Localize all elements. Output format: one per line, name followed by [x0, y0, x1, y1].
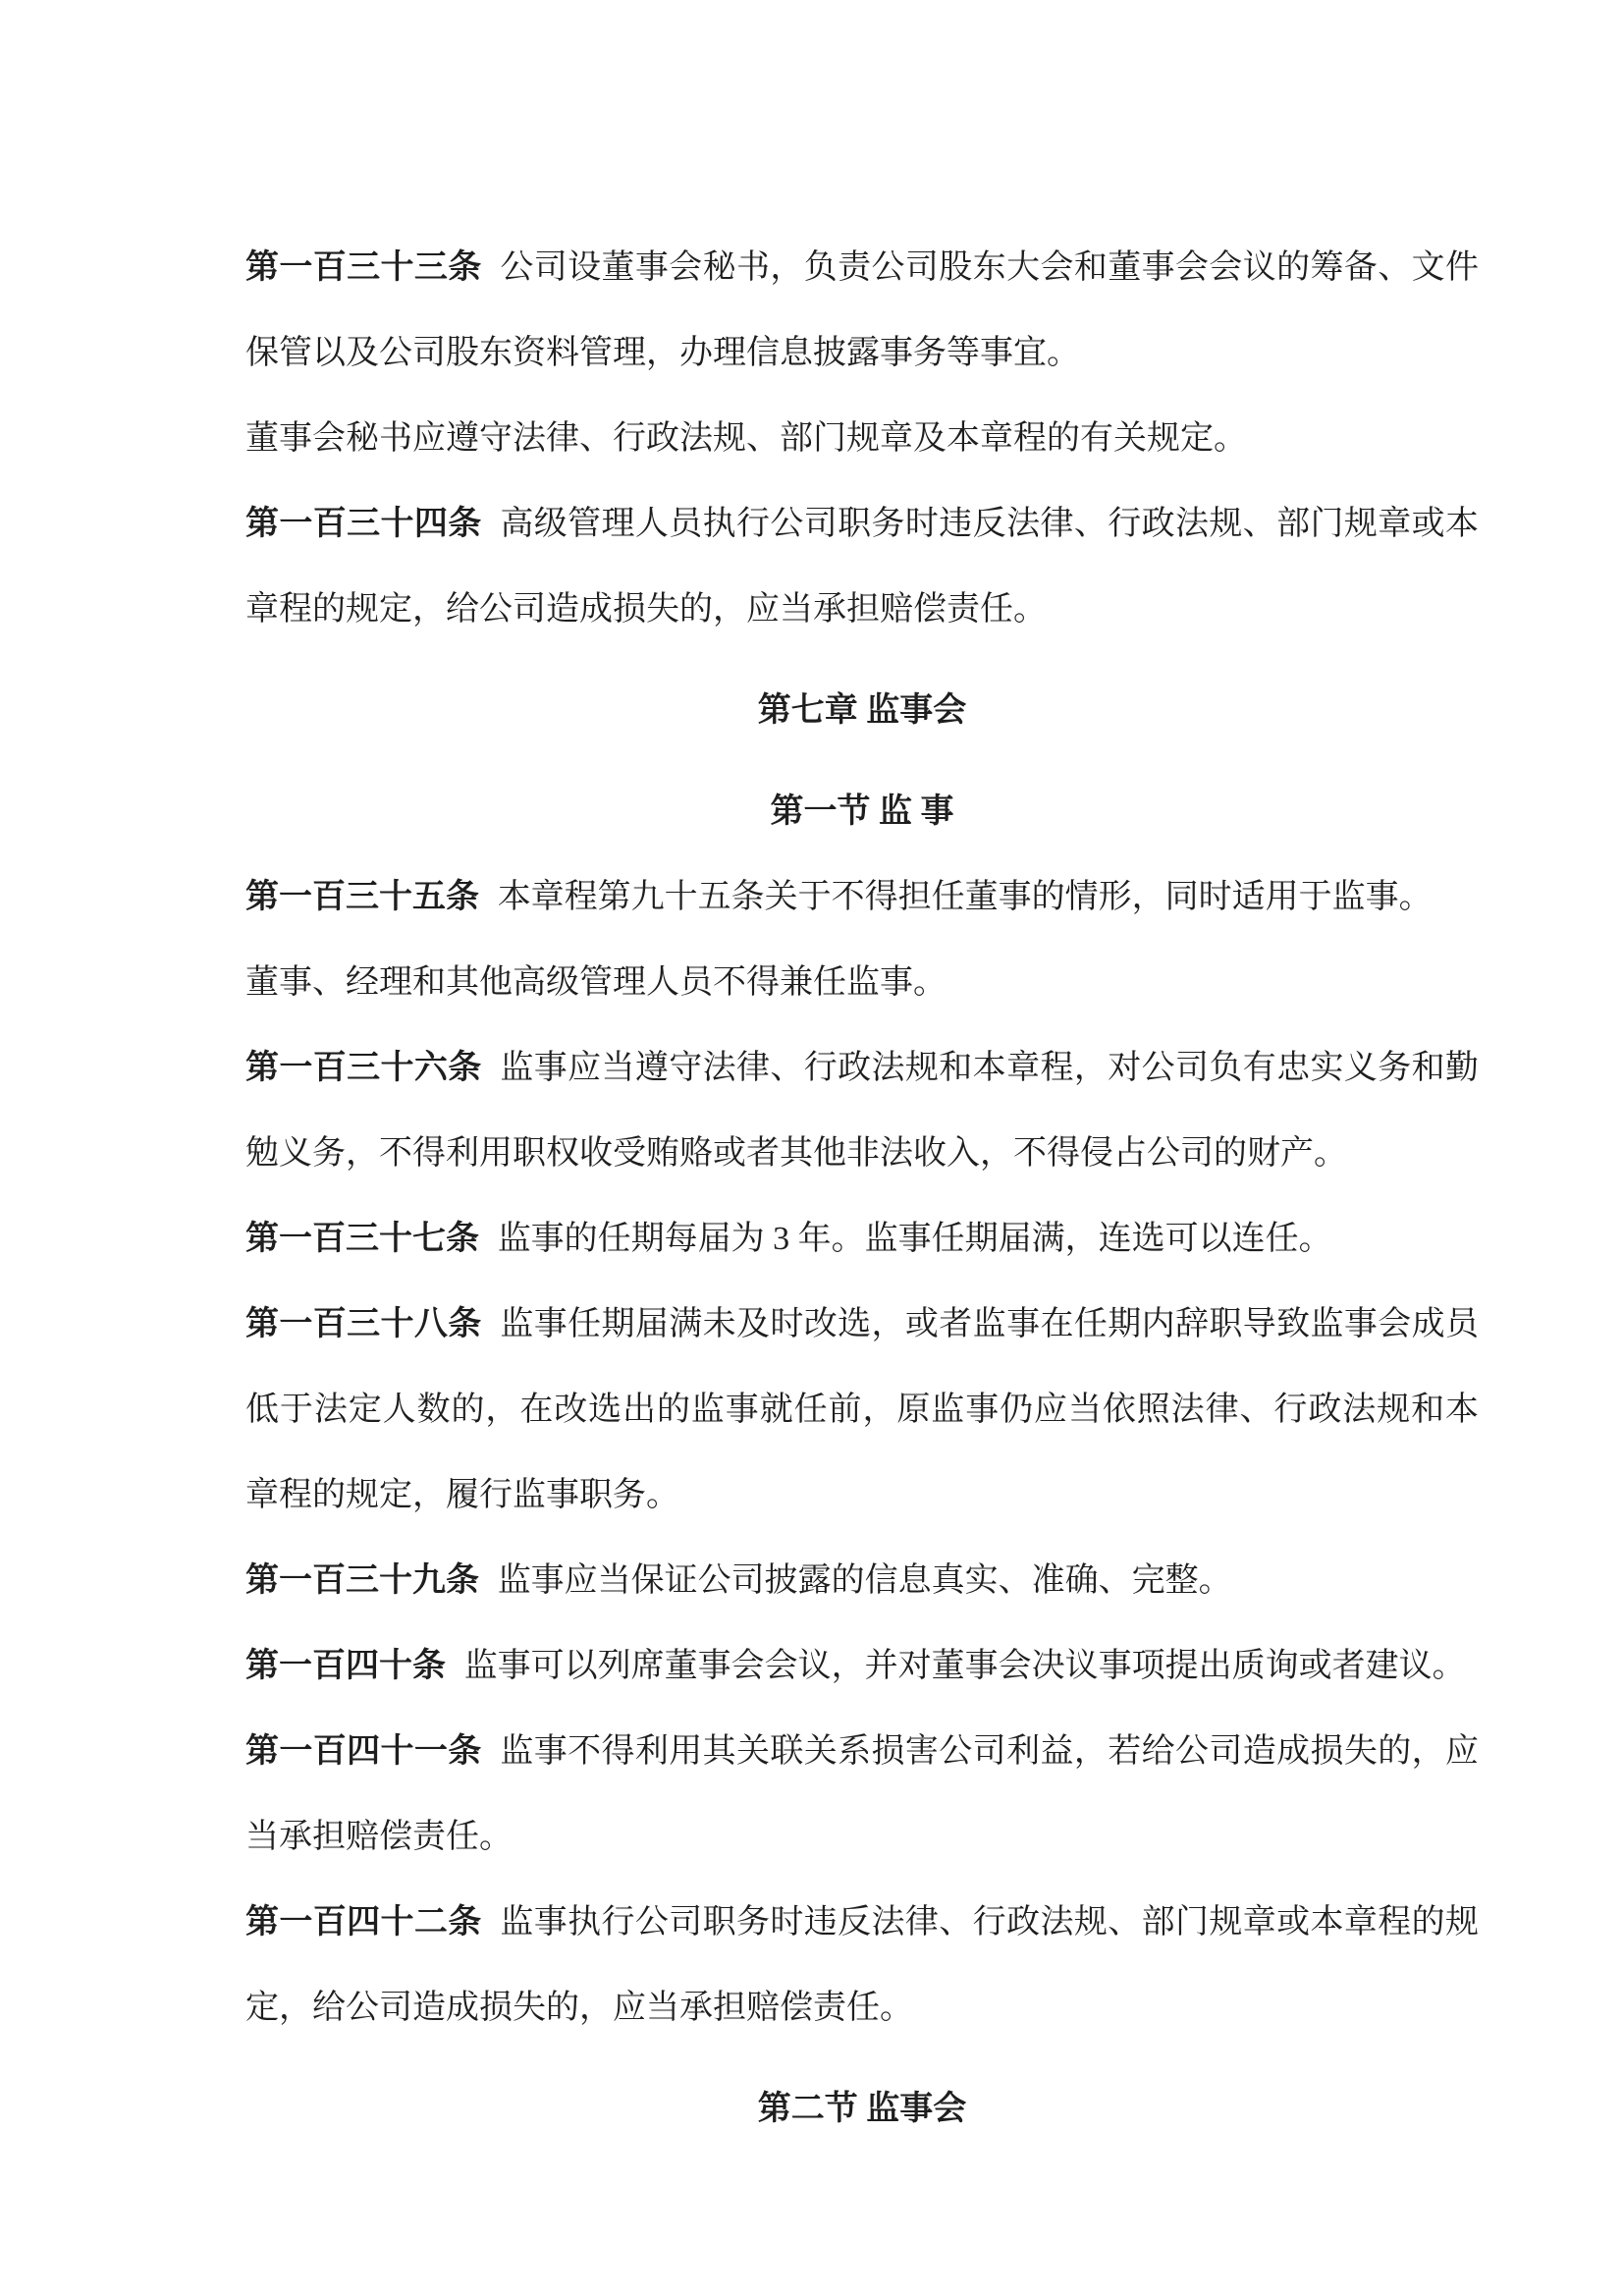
article-139-text: 监事应当保证公司披露的信息真实、准确、完整。 — [498, 1562, 1232, 1599]
article-137-number: 第一百三十七条 — [245, 1221, 479, 1257]
article-134-number: 第一百三十四条 — [245, 506, 482, 542]
article-140: 第一百四十条监事可以列席董事会会议，并对董事会决议事项提出质询或者建议。 — [245, 1623, 1479, 1709]
article-136-number: 第一百三十六条 — [245, 1050, 482, 1086]
article-133-continuation-text: 董事会秘书应遵守法律、行政法规、部门规章及本章程的有关规定。 — [245, 420, 1247, 457]
document-page: 第一百三十三条公司设董事会秘书，负责公司股东大会和董事会会议的筹备、文件保管以及… — [0, 0, 1623, 2296]
article-135: 第一百三十五条本章程第九十五条关于不得担任董事的情形，同时适用于监事。 — [245, 854, 1479, 940]
section-2-heading: 第二节 监事会 — [245, 2066, 1479, 2152]
article-141-number: 第一百四十一条 — [245, 1733, 482, 1770]
article-135-continuation-text: 董事、经理和其他高级管理人员不得兼任监事。 — [245, 964, 947, 1001]
article-140-text: 监事可以列席董事会会议，并对董事会决议事项提出质询或者建议。 — [464, 1648, 1466, 1684]
article-136: 第一百三十六条监事应当遵守法律、行政法规和本章程，对公司负有忠实义务和勤勉义务，… — [245, 1025, 1479, 1196]
article-142-number: 第一百四十二条 — [245, 1904, 482, 1941]
article-134: 第一百三十四条高级管理人员执行公司职务时违反法律、行政法规、部门规章或本章程的规… — [245, 481, 1479, 652]
article-135-continuation: 董事、经理和其他高级管理人员不得兼任监事。 — [245, 940, 1479, 1025]
article-137-text: 监事的任期每届为 3 年。监事任期届满，连选可以连任。 — [498, 1221, 1332, 1257]
article-142: 第一百四十二条监事执行公司职务时违反法律、行政法规、部门规章或本章程的规定，给公… — [245, 1880, 1479, 2050]
section-1-heading: 第一节 监 事 — [245, 769, 1479, 854]
article-141: 第一百四十一条监事不得利用其关联关系损害公司利益，若给公司造成损失的，应当承担赔… — [245, 1709, 1479, 1880]
article-139-number: 第一百三十九条 — [245, 1562, 479, 1599]
chapter-7-heading: 第七章 监事会 — [245, 668, 1479, 753]
article-133-number: 第一百三十三条 — [245, 249, 482, 286]
article-133: 第一百三十三条公司设董事会秘书，负责公司股东大会和董事会会议的筹备、文件保管以及… — [245, 225, 1479, 396]
article-138-number: 第一百三十八条 — [245, 1306, 482, 1342]
article-133-continuation: 董事会秘书应遵守法律、行政法规、部门规章及本章程的有关规定。 — [245, 396, 1479, 481]
article-140-number: 第一百四十条 — [245, 1648, 446, 1684]
article-138: 第一百三十八条监事任期届满未及时改选，或者监事在任期内辞职导致监事会成员低于法定… — [245, 1282, 1479, 1538]
article-137: 第一百三十七条监事的任期每届为 3 年。监事任期届满，连选可以连任。 — [245, 1196, 1479, 1282]
article-135-number: 第一百三十五条 — [245, 879, 479, 915]
article-135-text: 本章程第九十五条关于不得担任董事的情形，同时适用于监事。 — [498, 879, 1433, 915]
article-139: 第一百三十九条监事应当保证公司披露的信息真实、准确、完整。 — [245, 1538, 1479, 1623]
